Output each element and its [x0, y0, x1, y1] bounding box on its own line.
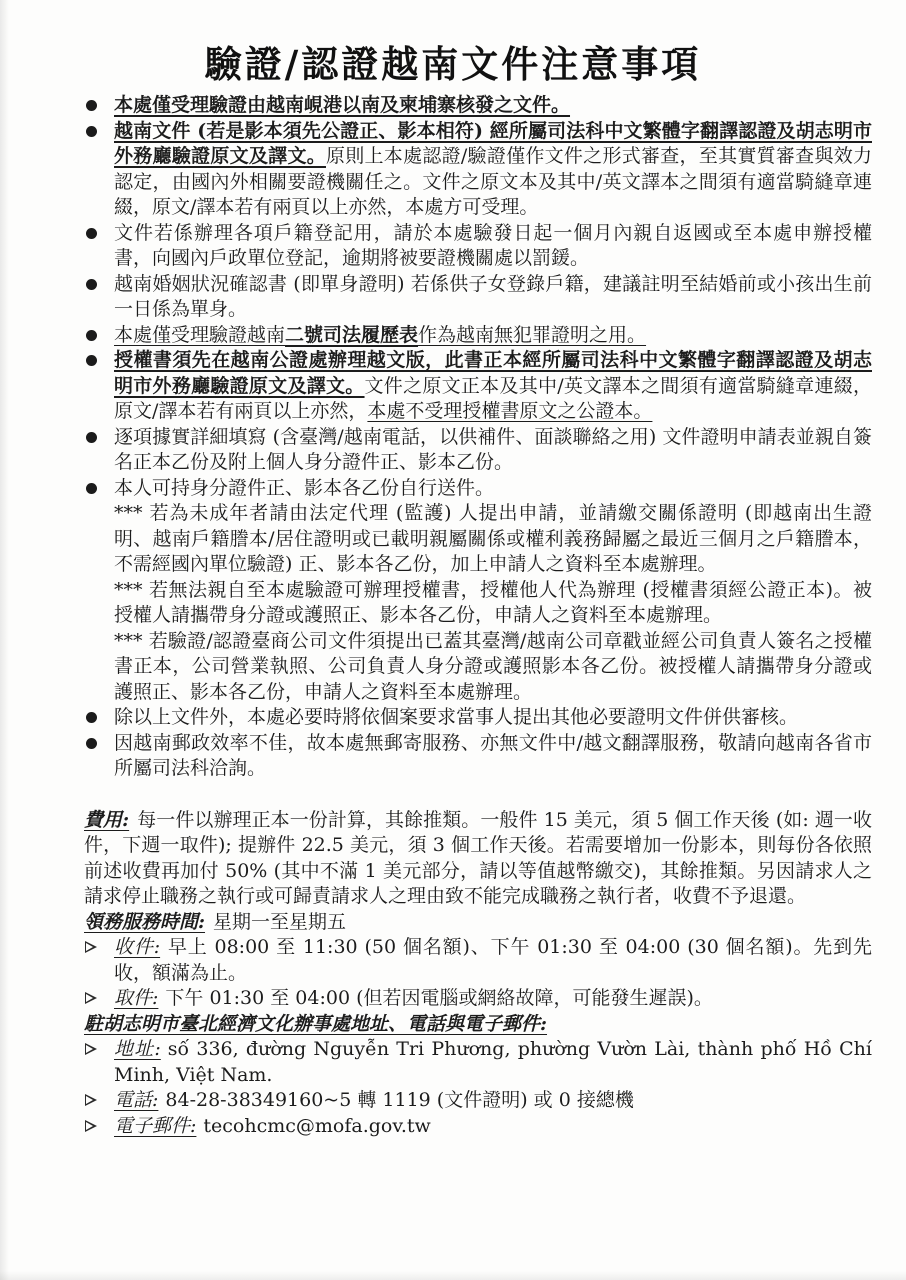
receive-label: 收件: [114, 936, 160, 958]
note-paragraph: *** 若無法親自至本處驗證可辦理授權書，授權他人代為辦理 (授權書須經公證正本… [114, 578, 872, 629]
bullet-icon [86, 738, 97, 749]
arrow-icon [85, 1043, 97, 1055]
bullet-icon [86, 228, 97, 239]
arrow-icon [85, 1120, 97, 1132]
notice-text: 本處不受理授權書原文之公證本。 [367, 400, 652, 422]
notice-list: 本處僅受理驗證由越南峴港以南及柬埔寨核發之文件。 越南文件 (若是影本須先公證正… [84, 93, 872, 782]
document-page: 驗證/認證越南文件注意事項 本處僅受理驗證由越南峴港以南及柬埔寨核發之文件。 越… [0, 0, 906, 1280]
note-paragraph: *** 若為未成年者請由法定代理 (監護) 人提出申請，並請繳交關係證明 (即越… [114, 501, 872, 578]
notice-text: 越南婚姻狀況確認書 (即單身證明) 若係供子女登錄戶籍，建議註明至結婚前或小孩出… [114, 273, 872, 321]
bullet-icon [86, 355, 97, 366]
contact-heading: 駐胡志明市臺北經濟文化辦事處地址、電話與電子郵件: [84, 1012, 872, 1038]
document-body: 本處僅受理驗證由越南峴港以南及柬埔寨核發之文件。 越南文件 (若是影本須先公證正… [84, 93, 872, 1139]
notice-text: 二號司法履歷表 [285, 324, 418, 346]
list-item: 越南文件 (若是影本須先公證正、影本相符) 經所屬司法科中文繁體字翻譯認證及胡志… [84, 119, 872, 221]
notice-text: 文件若係辦理各項戶籍登記用，請於本處驗發日起一個月內親自返國或至本處申辦授權書，… [114, 222, 872, 270]
service-hours-list: 收件:早上 08:00 至 11:30 (50 個名額)、下午 01:30 至 … [84, 935, 872, 1012]
service-hours-days: 星期一至星期五 [213, 911, 346, 933]
pickup-hours: 下午 01:30 至 04:00 (但若因電腦或網絡故障，可能發生遲誤)。 [165, 987, 713, 1009]
notice-text: 除以上文件外，本處必要時將依個案要求當事人提出其他必要證明文件併供審核。 [114, 706, 798, 728]
contact-list: 地址:số 336, đường Nguyễn Tri Phương, phườ… [84, 1037, 872, 1139]
fee-text: 每一件以辦理正本一份計算，其餘推類。一般件 15 美元，須 5 個工作天後 (如… [84, 809, 872, 908]
notice-text: 作為越南無犯罪證明之用。 [418, 324, 646, 346]
bullet-icon [86, 712, 97, 723]
notice-text: 逐項據實詳細填寫 (含臺灣/越南電話，以供補件、面談聯絡之用) 文件證明申請表並… [114, 426, 872, 474]
note-paragraph: *** 若驗證/認證臺商公司文件須提出已蓋其臺灣/越南公司章戳並經公司負責人簽名… [114, 629, 872, 706]
email-label: 電子郵件: [114, 1115, 196, 1137]
list-item: 文件若係辦理各項戶籍登記用，請於本處驗發日起一個月內親自返國或至本處申辦授權書，… [84, 221, 872, 272]
list-item: 本處僅受理驗證越南二號司法履歷表作為越南無犯罪證明之用。 [84, 323, 872, 349]
bullet-icon [86, 126, 97, 137]
contact-heading-text: 駐胡志明市臺北經濟文化辦事處地址、電話與電子郵件: [84, 1013, 547, 1035]
arrow-icon [85, 1094, 97, 1106]
bullet-icon [86, 432, 97, 443]
list-item: 地址:số 336, đường Nguyễn Tri Phương, phườ… [84, 1037, 872, 1088]
phone-number: 84-28-38349160~5 轉 1119 (文件證明) 或 0 接總機 [165, 1089, 633, 1111]
bullet-icon [86, 483, 97, 494]
pickup-label: 取件: [114, 987, 158, 1009]
list-item: 越南婚姻狀況確認書 (即單身證明) 若係供子女登錄戶籍，建議註明至結婚前或小孩出… [84, 272, 872, 323]
service-hours-label: 領務服務時間: [84, 911, 205, 933]
page-title: 驗證/認證越南文件注意事項 [0, 0, 906, 88]
notice-text: 本處僅受理驗證越南 [114, 324, 285, 346]
list-item: 收件:早上 08:00 至 11:30 (50 個名額)、下午 01:30 至 … [84, 935, 872, 986]
list-item: 取件:下午 01:30 至 04:00 (但若因電腦或網絡故障，可能發生遲誤)。 [84, 986, 872, 1012]
list-item: 本處僅受理驗證由越南峴港以南及柬埔寨核發之文件。 [84, 93, 872, 119]
list-item: 逐項據實詳細填寫 (含臺灣/越南電話，以供補件、面談聯絡之用) 文件證明申請表並… [84, 425, 872, 476]
bullet-icon [86, 330, 97, 341]
arrow-icon [85, 941, 97, 953]
list-item: 因越南郵政效率不佳，故本處無郵寄服務、亦無文件中/越文翻譯服務，敬請向越南各省市… [84, 731, 872, 782]
list-item: 授權書須先在越南公證處辦理越文版，此書正本經所屬司法科中文繁體字翻譯認證及胡志明… [84, 348, 872, 425]
list-item: 除以上文件外，本處必要時將依個案要求當事人提出其他必要證明文件併供審核。 [84, 705, 872, 731]
list-item: 電子郵件:tecohcmc@mofa.gov.tw [84, 1114, 872, 1140]
email-address: tecohcmc@mofa.gov.tw [203, 1115, 430, 1137]
bullet-icon [86, 100, 97, 111]
notice-text: 本人可持身分證件正、影本各乙份自行送件。 [114, 477, 494, 499]
fee-label: 費用: [84, 809, 129, 831]
arrow-icon [85, 992, 97, 1004]
address-text: số 336, đường Nguyễn Tri Phương, phường … [114, 1038, 872, 1086]
list-item: 電話:84-28-38349160~5 轉 1119 (文件證明) 或 0 接總… [84, 1088, 872, 1114]
notice-text: 本處僅受理驗證由越南峴港以南及柬埔寨核發之文件。 [114, 94, 570, 116]
scan-edge-bottom [0, 1271, 906, 1280]
notice-text: 因越南郵政效率不佳，故本處無郵寄服務、亦無文件中/越文翻譯服務，敬請向越南各省市… [114, 732, 872, 780]
fee-section: 費用:每一件以辦理正本一份計算，其餘推類。一般件 15 美元，須 5 個工作天後… [84, 808, 872, 910]
phone-label: 電話: [114, 1089, 158, 1111]
service-hours-heading: 領務服務時間:星期一至星期五 [84, 910, 872, 936]
bullet-icon [86, 279, 97, 290]
list-item: 本人可持身分證件正、影本各乙份自行送件。 *** 若為未成年者請由法定代理 (監… [84, 476, 872, 706]
address-label: 地址: [114, 1038, 161, 1060]
receive-hours: 早上 08:00 至 11:30 (50 個名額)、下午 01:30 至 04:… [114, 936, 872, 984]
scan-edge-left [0, 0, 9, 1280]
